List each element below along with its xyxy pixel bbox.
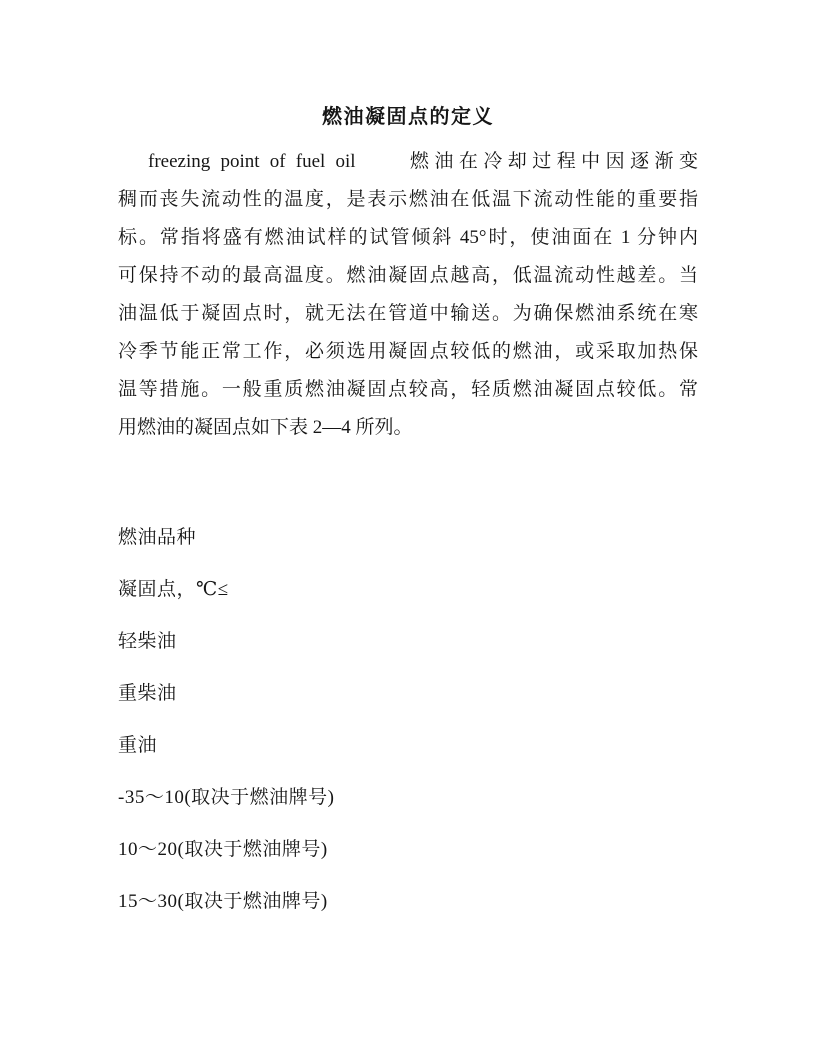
paragraph-line: 油温低于凝固点时，就无法在管道中输送。为确保燃油系统在寒 bbox=[118, 295, 698, 333]
document-title: 燃油凝固点的定义 bbox=[118, 105, 698, 129]
paragraph-line: 温等措施。一般重质燃油凝固点较高，轻质燃油凝固点较低。常 bbox=[118, 371, 698, 409]
table-line-heavy-diesel: 重柴油 bbox=[118, 674, 698, 713]
table-line-heavy-diesel-value: 10～20(取决于燃油牌号) bbox=[118, 830, 698, 869]
table-line-freezing-point-header: 凝固点，℃≤ bbox=[118, 570, 698, 609]
definition-paragraph: freezing point of fuel oil 燃油在冷却过程中因逐渐变 … bbox=[118, 143, 698, 447]
document-page: 燃油凝固点的定义 freezing point of fuel oil 燃油在冷… bbox=[0, 0, 816, 1056]
paragraph-line: 稠而丧失流动性的温度，是表示燃油在低温下流动性能的重要指 bbox=[118, 181, 698, 219]
table-line-light-diesel-value: -35～10(取决于燃油牌号) bbox=[118, 778, 698, 817]
fuel-freezing-point-table: 燃油品种 凝固点，℃≤ 轻柴油 重柴油 重油 -35～10(取决于燃油牌号) 1… bbox=[118, 518, 698, 934]
paragraph-line: freezing point of fuel oil 燃油在冷却过程中因逐渐变 bbox=[118, 143, 698, 181]
table-line-heavy-oil-value: 15～30(取决于燃油牌号) bbox=[118, 882, 698, 921]
table-line-light-diesel: 轻柴油 bbox=[118, 622, 698, 661]
table-line-heavy-oil: 重油 bbox=[118, 726, 698, 765]
table-line-fuel-type-header: 燃油品种 bbox=[118, 518, 698, 557]
paragraph-line: 冷季节能正常工作，必须选用凝固点较低的燃油，或采取加热保 bbox=[118, 333, 698, 371]
paragraph-line: 可保持不动的最高温度。燃油凝固点越高，低温流动性越差。当 bbox=[118, 257, 698, 295]
paragraph-line: 用燃油的凝固点如下表 2—4 所列。 bbox=[118, 409, 698, 447]
paragraph-line: 标。常指将盛有燃油试样的试管倾斜 45°时，使油面在 1 分钟内 bbox=[118, 219, 698, 257]
